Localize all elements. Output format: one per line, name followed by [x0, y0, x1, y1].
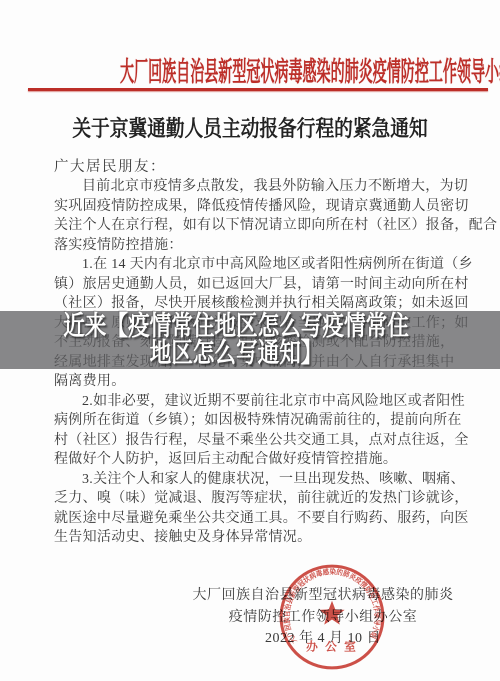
seal-bottom-text: 办 公 室: [306, 640, 358, 654]
body-line: 落实疫情防控措施：: [54, 236, 454, 256]
body-line: 就医途中尽量避免乘坐公共交通工具。不要自行购药、服药，向医: [54, 509, 454, 529]
star-icon: [319, 601, 344, 625]
body-line: 隔离费用。: [54, 372, 454, 392]
notice-document-page: 大厂回族自治县新型冠状病毒感染的肺炎疫情防控工作领导小组办公室 关于京冀通勤人员…: [0, 0, 500, 681]
official-seal: 大厂回族自治县新型冠状病毒感染的肺炎疫情防控工作领导小组 办 公 室: [276, 561, 388, 673]
watermark-line-1: 近来【疫情常住地区怎么写疫情常住: [63, 313, 409, 340]
watermark-line-2: 地区怎么写通知】: [63, 340, 409, 367]
letterhead-divider: [28, 88, 488, 91]
body-line: 乏力、嗅（味）觉减退、腹泻等症状，前往就近的发热门诊就诊，: [54, 489, 454, 509]
letterhead-org-title: 大厂回族自治县新型冠状病毒感染的肺炎疫情防控工作领导小组办公室: [120, 50, 380, 89]
body-line: 3.关注个人和家人的健康状况，一旦出现发热、咳嗽、咽痛、: [54, 470, 454, 490]
body-line: 2.如非必要，建议近期不要前往北京市中高风险地区或者阳性: [54, 392, 454, 412]
body-line: 村（社区）报告行程，尽量不乘坐公共交通工具，点对点往返，全: [54, 431, 454, 451]
document-title-row: 关于京冀通勤人员主动报备行程的紧急通知: [0, 112, 500, 143]
watermark-caption-text: 近来【疫情常住地区怎么写疫情常住 地区怎么写通知】: [63, 313, 409, 367]
document-title: 关于京冀通勤人员主动报备行程的紧急通知: [72, 112, 427, 143]
body-line: 病例所在街道（乡镇）；如因极特殊情况确需前往的，提前向所在: [54, 411, 454, 431]
body-line: 实巩固疫情防控成果，降低疫情传播风险，现请京冀通勤人员密切: [54, 197, 454, 217]
body-line: 目前北京市疫情多点散发，我县外防输入压力不断增大，为切: [54, 177, 454, 197]
salutation: 广大居民朋友：: [54, 155, 166, 176]
body-line: 镇）旅居史通勤人员，如已返回大厂县，请第一时间主动向所在村: [54, 275, 454, 295]
watermark-caption: 近来【疫情常住地区怎么写疫情常住 地区怎么写通知】: [0, 313, 500, 367]
body-line: 程做好个人防护，返回后主动配合做好疫情管控措施。: [54, 450, 454, 470]
body-line: 关注个人在京行程，如有以下情况请立即向所在村（社区）报备，配合: [54, 216, 454, 236]
body-line: 1.在 14 天内有北京市中高风险地区或者阳性病例所在街道（乡: [54, 255, 454, 275]
body-line: 生告知活动史、接触史及身体异常情况。: [54, 528, 454, 548]
